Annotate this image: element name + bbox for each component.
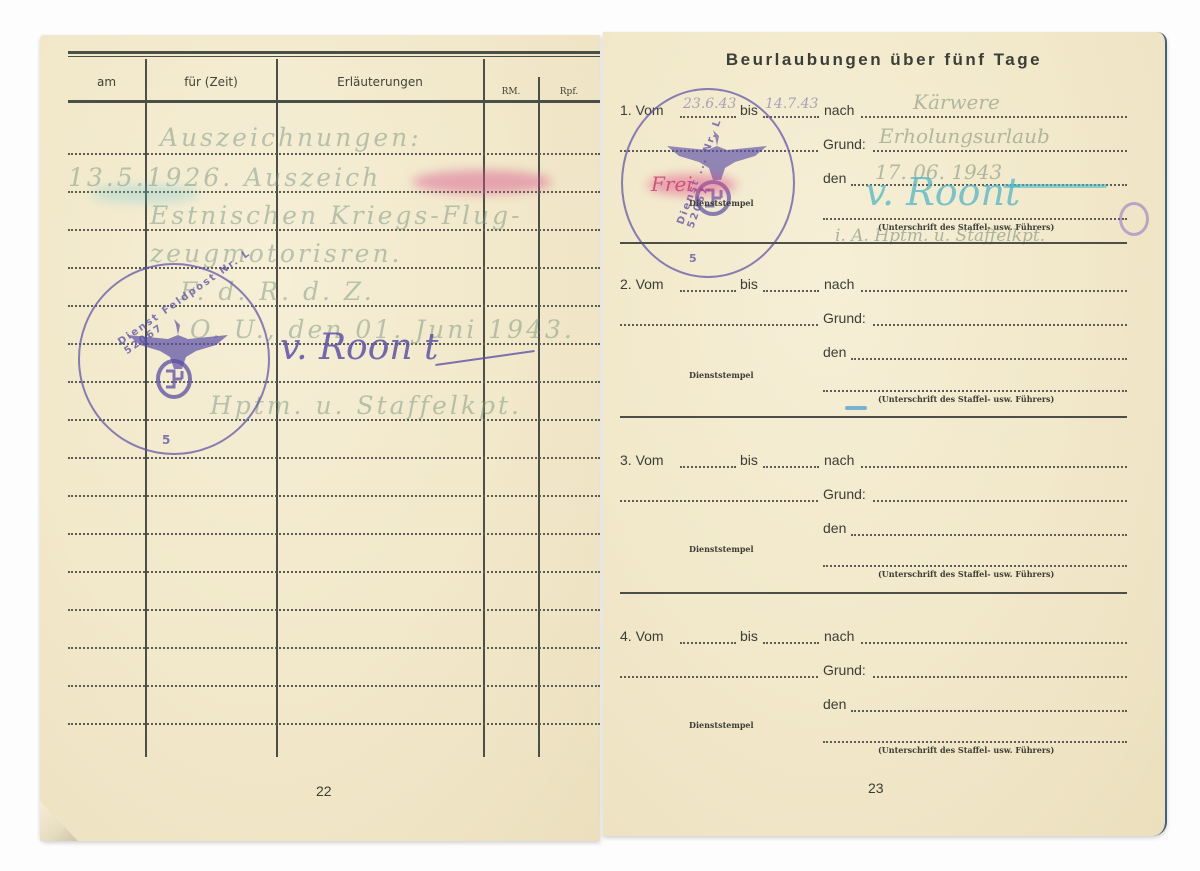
pink-ink-smear	[412, 170, 552, 194]
nach-label: nach	[824, 628, 854, 644]
page-number: 23	[868, 780, 884, 796]
official-stamp: Dienst Feldpost Nr. L 52067 5	[78, 263, 270, 455]
nach-value: Kärwere	[913, 90, 1000, 114]
den-label: den	[823, 696, 846, 712]
bis-field[interactable]	[763, 642, 819, 644]
bis-field[interactable]	[763, 466, 819, 468]
den-field[interactable]	[851, 710, 1127, 712]
bis-label: bis	[740, 276, 758, 292]
table-row-line	[68, 153, 600, 155]
signature-field[interactable]	[823, 218, 1127, 220]
blank-line	[620, 500, 818, 502]
bis-label: bis	[740, 628, 758, 644]
grund-label: Grund:	[823, 136, 866, 152]
dienststempel-label: Dienststempel	[689, 720, 754, 730]
table-row-line	[68, 647, 600, 649]
signature-stroke	[1003, 184, 1107, 188]
unterschrift-caption: (Unterschrift des Staffel- usw. Führers)	[878, 569, 1054, 579]
bis-label: bis	[740, 452, 758, 468]
table-row-line	[68, 609, 600, 611]
table-row-line	[68, 533, 600, 535]
header-rpf: Rpf.	[539, 87, 599, 97]
entry-divider	[620, 592, 1127, 594]
grund-label: Grund:	[823, 662, 866, 678]
nach-field[interactable]	[861, 116, 1127, 118]
table-row-line	[68, 571, 600, 573]
den-label: den	[823, 170, 846, 186]
grund-field[interactable]	[873, 324, 1127, 326]
folded-corner	[40, 801, 78, 841]
official-stamp: Dienst ... Nr. L 52067 Frei... Dienstste…	[621, 88, 795, 278]
vom-field[interactable]	[680, 290, 736, 292]
small-purple-mark	[1119, 202, 1149, 236]
entry-divider	[620, 242, 1127, 244]
left-page: am für (Zeit) Erläuterungen RM. Rpf. Aus…	[40, 35, 600, 841]
nach-field[interactable]	[861, 642, 1127, 644]
bis-value: 14.7.43	[765, 96, 818, 112]
signature-field[interactable]	[823, 390, 1127, 392]
blank-line	[620, 676, 818, 678]
den-field[interactable]	[851, 358, 1127, 360]
entry-number: 2. Vom	[620, 276, 664, 292]
nach-label: nach	[824, 102, 854, 118]
header-rm: RM.	[484, 87, 538, 97]
stamp-number: 5	[689, 252, 697, 265]
nach-label: nach	[824, 452, 854, 468]
signature-field[interactable]	[823, 741, 1127, 743]
table-row-line	[68, 457, 600, 459]
nach-field[interactable]	[861, 290, 1127, 292]
grund-label: Grund:	[823, 486, 866, 502]
header-fuer-zeit: für (Zeit)	[146, 75, 276, 89]
den-label: den	[823, 520, 846, 536]
page-number: 22	[316, 783, 332, 799]
right-page: Beurlaubungen über fünf Tage 1. Vom 23.6…	[603, 32, 1167, 836]
dienststempel-label: Dienststempel	[689, 370, 754, 380]
table-row-line	[68, 495, 600, 497]
handwriting-line: Auszeichnungen:	[160, 123, 422, 152]
unterschrift-caption: (Unterschrift des Staffel- usw. Führers)	[878, 394, 1054, 404]
stamp-number: 5	[162, 433, 170, 447]
header-bottom-rule	[68, 100, 600, 103]
signature-field[interactable]	[823, 565, 1127, 567]
handwriting-line: 13.5.1926. Auszeich	[68, 163, 381, 192]
handwriting-line: Estnischen Kriegs-Flug-	[150, 201, 523, 230]
grund-field[interactable]	[873, 500, 1127, 502]
grund-field[interactable]	[873, 676, 1127, 678]
nach-label: nach	[824, 276, 854, 292]
signature: v. Roont	[865, 170, 1020, 214]
den-field[interactable]	[851, 534, 1127, 536]
grund-label: Grund:	[823, 310, 866, 326]
eagle-emblem-icon	[114, 307, 234, 417]
signature: v. Roon t	[280, 327, 439, 368]
header-top-rule	[68, 51, 600, 54]
den-label: den	[823, 344, 846, 360]
table-row-line	[68, 723, 600, 725]
entry-number: 4. Vom	[620, 628, 664, 644]
vom-field[interactable]	[680, 466, 736, 468]
dienststempel-label: Dienststempel	[689, 544, 754, 554]
ink-mark	[845, 406, 867, 410]
stamp-overwrite: Frei...	[651, 172, 712, 196]
header-top-rule-thin	[68, 56, 600, 57]
table-row-line	[68, 685, 600, 687]
header-erlaeuterungen: Erläuterungen	[277, 75, 483, 89]
entry-divider	[620, 416, 1127, 418]
dienststempel-label: Dienststempel	[689, 198, 754, 208]
vom-field[interactable]	[680, 642, 736, 644]
header-am: am	[68, 75, 145, 89]
entry-number: 3. Vom	[620, 452, 664, 468]
page-title: Beurlaubungen über fünf Tage	[603, 50, 1165, 70]
nach-field[interactable]	[861, 466, 1127, 468]
bis-field[interactable]	[763, 290, 819, 292]
grund-field[interactable]	[873, 150, 1127, 152]
grund-value: Erholungsurlaub	[879, 124, 1050, 148]
unterschrift-caption: (Unterschrift des Staffel- usw. Führers)	[878, 745, 1054, 755]
signature-stroke	[435, 350, 534, 366]
blank-line	[620, 324, 818, 326]
